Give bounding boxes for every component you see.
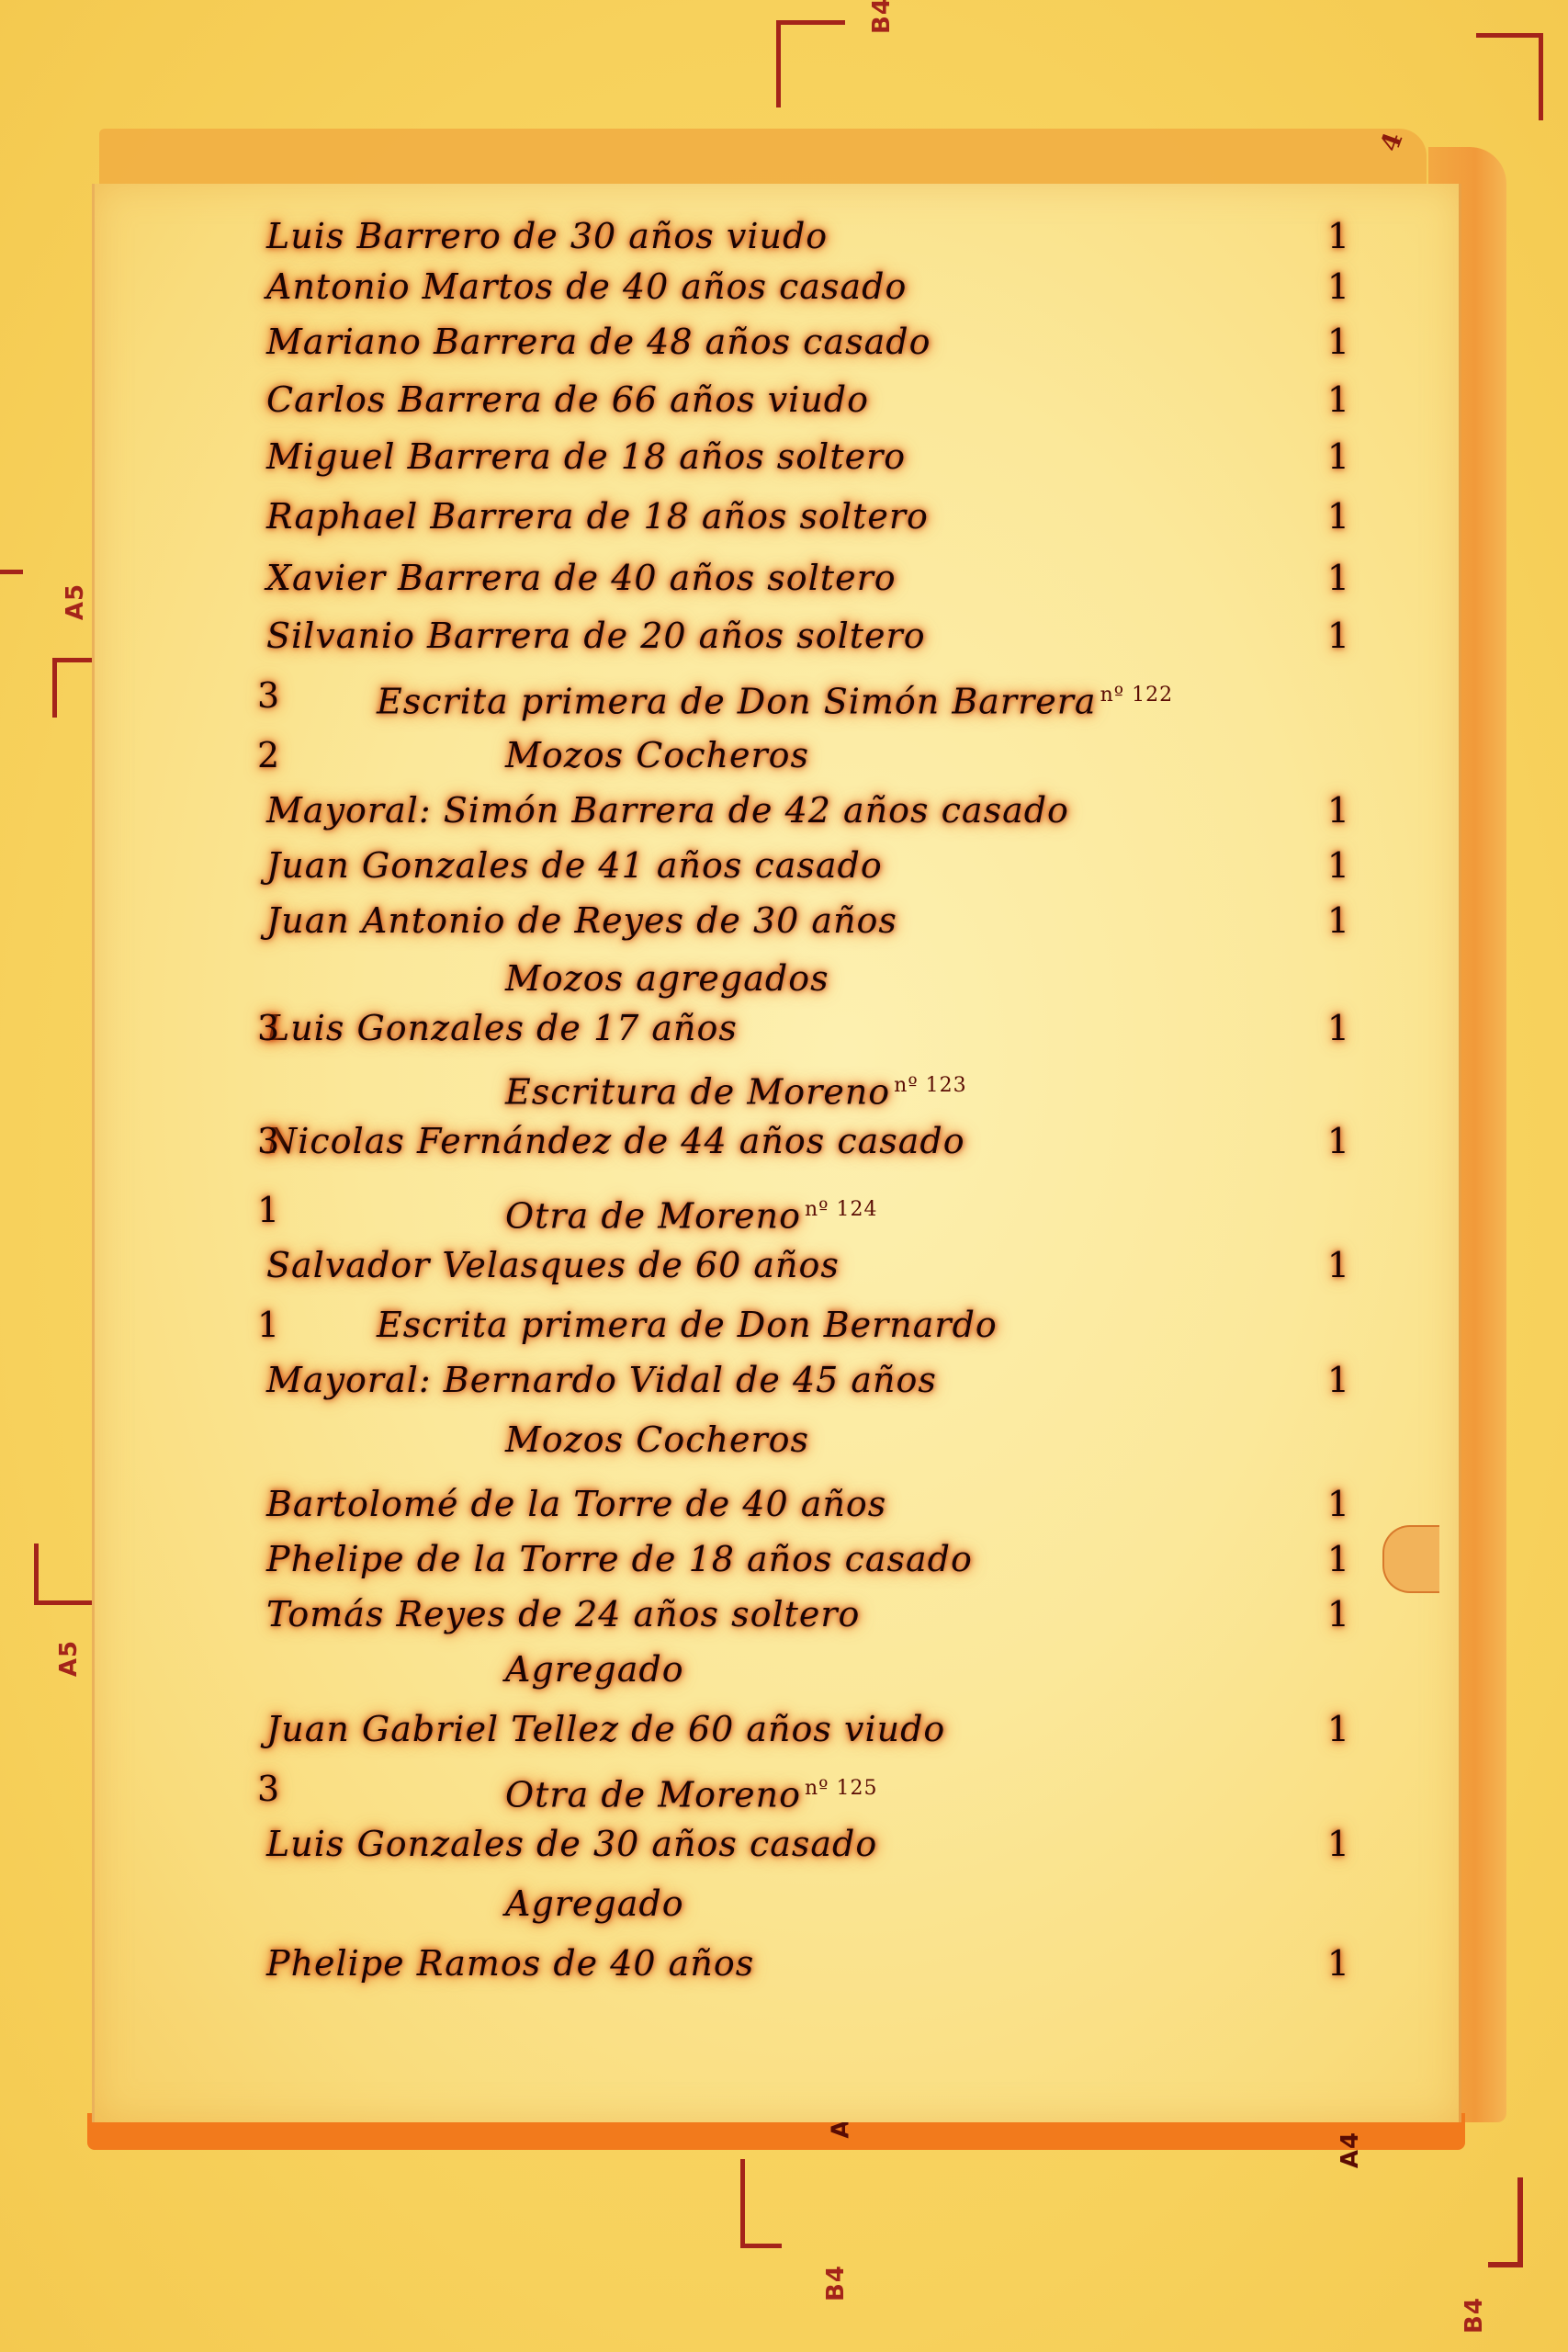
entry-text: Escrita primera de Don Bernardo — [266, 1300, 998, 1350]
register-entry: Phelipe de la Torre de 18 años casado1 — [266, 1534, 1350, 1584]
frame-label-left-a5-upper: A5 — [62, 583, 89, 620]
entry-text: Tomás Reyes de 24 años soltero — [266, 1589, 860, 1639]
entry-text-content: Mozos agregados — [505, 958, 829, 999]
crop-mark-top-left — [776, 20, 845, 107]
entry-text: Otra de Morenonº 125 — [266, 1764, 878, 1820]
entry-text: Silvanio Barrera de 20 años soltero — [266, 611, 926, 661]
entry-text: Agregado — [266, 1645, 684, 1694]
entry-text: Mozos Cocheros — [266, 1415, 809, 1464]
entry-text: Xavier Barrera de 40 años soltero — [266, 553, 897, 603]
tally-count: 1 — [1327, 375, 1350, 424]
tally-count: 1 — [1327, 1355, 1350, 1405]
section-heading: Escritura de Morenonº 123 — [266, 1061, 1350, 1111]
register-entry: Juan Gonzales de 41 años casado1 — [266, 841, 1350, 890]
entry-text: Juan Antonio de Reyes de 30 años — [266, 896, 897, 945]
entry-text-content: Mozos Cocheros — [505, 735, 809, 775]
register-entry: Tomás Reyes de 24 años soltero1 — [266, 1589, 1350, 1639]
entry-text: Mariano Barrera de 48 años casado — [266, 317, 931, 367]
tally-count: 1 — [1327, 841, 1350, 890]
entry-text-content: Phelipe de la Torre de 18 años casado — [266, 1539, 973, 1579]
entry-text-content: Luis Gonzales de 30 años casado — [266, 1824, 877, 1864]
entry-text-content: Juan Gonzales de 41 años casado — [266, 845, 883, 886]
entry-text-content: Otra de Moreno — [505, 1196, 801, 1237]
entry-text: Mayoral: Bernardo Vidal de 45 años — [266, 1355, 937, 1405]
entry-text-content: Agregado — [505, 1883, 684, 1924]
margin-tally: 2 — [257, 730, 280, 780]
entry-text-content: Silvanio Barrera de 20 años soltero — [266, 616, 926, 656]
crop-mark-top-right — [1476, 33, 1543, 120]
frame-label-left-a5-lower: A5 — [55, 1640, 83, 1677]
crop-mark-left-tick — [0, 570, 23, 574]
entry-text-content: Mayoral: Bernardo Vidal de 45 años — [266, 1360, 937, 1400]
page-torn-fold — [1382, 1525, 1439, 1593]
entry-text-content: Carlos Barrera de 66 años viudo — [266, 379, 869, 420]
register-entry: Carlos Barrera de 66 años viudo1 — [266, 375, 1350, 424]
register-entry: Phelipe Ramos de 40 años1 — [266, 1939, 1350, 1988]
tally-count: 1 — [1327, 492, 1350, 541]
tally-count: 1 — [1327, 1589, 1350, 1639]
frame-label-bottom-b4-right: B4 — [1461, 2297, 1488, 2334]
entry-text: Bartolomé de la Torre de 40 años — [266, 1479, 886, 1529]
tally-count: 1 — [1327, 896, 1350, 945]
tally-count: 1 — [1327, 1534, 1350, 1584]
entry-text: Antonio Martos de 40 años casado — [266, 262, 907, 311]
register-entry: Juan Antonio de Reyes de 30 años1 — [266, 896, 1350, 945]
tally-count: 1 — [1327, 1704, 1350, 1754]
register-entry: Mayoral: Bernardo Vidal de 45 años1 — [266, 1355, 1350, 1405]
section-heading: 3Otra de Morenonº 125 — [266, 1764, 1350, 1814]
entry-text: Salvador Velasques de 60 años — [266, 1240, 840, 1290]
entry-text: Nicolas Fernández de 44 años casado — [266, 1116, 965, 1166]
entry-text: Mayoral: Simón Barrera de 42 años casado — [266, 786, 1069, 835]
tally-count: 1 — [1327, 1819, 1350, 1869]
archive-number-annotation: nº 122 — [1100, 684, 1174, 707]
entry-text-content: Raphael Barrera de 18 años soltero — [266, 496, 929, 537]
entry-text-content: Mariano Barrera de 48 años casado — [266, 322, 931, 362]
tally-count: 1 — [1327, 786, 1350, 835]
tally-count: 1 — [1327, 1240, 1350, 1290]
tally-count: 1 — [1327, 1479, 1350, 1529]
entry-text: Raphael Barrera de 18 años soltero — [266, 492, 929, 541]
tally-count: 1 — [1327, 1003, 1350, 1053]
section-heading: Mozos agregados — [266, 954, 1350, 1003]
entry-text-content: Antonio Martos de 40 años casado — [266, 266, 907, 307]
entry-text-content: Xavier Barrera de 40 años soltero — [266, 558, 897, 598]
entry-text: Phelipe Ramos de 40 años — [266, 1939, 754, 1988]
entry-text: Miguel Barrera de 18 años soltero — [266, 432, 906, 481]
margin-tally: 3 — [257, 1764, 280, 1814]
entry-text-content: Salvador Velasques de 60 años — [266, 1245, 840, 1285]
register-entry: Juan Gabriel Tellez de 60 años viudo1 — [266, 1704, 1350, 1754]
entry-text: Phelipe de la Torre de 18 años casado — [266, 1534, 973, 1584]
entry-text: Agregado — [266, 1879, 684, 1928]
register-entry: Xavier Barrera de 40 años soltero1 — [266, 553, 1350, 603]
entry-text: Juan Gonzales de 41 años casado — [266, 841, 883, 890]
section-heading: 2Mozos Cocheros — [266, 730, 1350, 780]
tally-count: 1 — [1327, 262, 1350, 311]
entry-text: Juan Gabriel Tellez de 60 años viudo — [266, 1704, 945, 1754]
entry-text-content: Juan Antonio de Reyes de 30 años — [266, 900, 897, 941]
register-entry: Antonio Martos de 40 años casado1 — [266, 262, 1350, 311]
section-heading: Agregado — [266, 1879, 1350, 1928]
margin-tally: 1 — [257, 1300, 280, 1350]
archive-number-annotation: nº 125 — [805, 1777, 878, 1800]
entry-text-content: Escrita primera de Don Bernardo — [377, 1305, 998, 1345]
register-entry: Salvador Velasques de 60 años1 — [266, 1240, 1350, 1290]
tally-count: 1 — [1327, 1116, 1350, 1166]
entry-text-content: Luis Barrero de 30 años viudo — [266, 216, 828, 256]
archive-number-annotation: nº 124 — [805, 1198, 878, 1221]
tally-count: 1 — [1327, 553, 1350, 603]
entry-text-content: Otra de Moreno — [505, 1775, 801, 1815]
archive-number-annotation: nº 123 — [894, 1074, 967, 1097]
entry-text: Escrita primera de Don Simón Barreranº 1… — [266, 671, 1173, 727]
frame-label-bottom-edge-a4: A4 — [1337, 2131, 1364, 2168]
register-entry: Raphael Barrera de 18 años soltero1 — [266, 492, 1350, 541]
section-heading: 1Escrita primera de Don Bernardo — [266, 1300, 1350, 1350]
entry-text-content: Mozos Cocheros — [505, 1419, 809, 1460]
crop-mark-bottom-right — [1488, 2177, 1523, 2267]
entry-text: Luis Barrero de 30 años viudo — [266, 211, 828, 261]
crop-mark-bottom-left — [740, 2159, 782, 2248]
section-heading: Agregado — [266, 1645, 1350, 1694]
entry-text: Otra de Morenonº 124 — [266, 1185, 878, 1241]
frame-label-bottom-b4-left: B4 — [822, 2265, 850, 2301]
entry-text: Escritura de Morenonº 123 — [266, 1061, 967, 1117]
entry-text: Luis Gonzales de 17 años — [266, 1003, 738, 1053]
section-heading: Mozos Cocheros — [266, 1415, 1350, 1464]
tally-count: 1 — [1327, 611, 1350, 661]
section-heading: 1Otra de Morenonº 124 — [266, 1185, 1350, 1235]
entry-text-content: Mayoral: Simón Barrera de 42 años casado — [266, 790, 1069, 831]
margin-tally: 3 — [257, 1003, 280, 1053]
register-entry: Bartolomé de la Torre de 40 años1 — [266, 1479, 1350, 1529]
entry-text: Mozos agregados — [266, 954, 829, 1003]
register-entry: Mariano Barrera de 48 años casado1 — [266, 317, 1350, 367]
tally-count: 1 — [1327, 432, 1350, 481]
tally-count: 1 — [1327, 211, 1350, 261]
register-entry: Luis Gonzales de 30 años casado1 — [266, 1819, 1350, 1869]
register-entry: Miguel Barrera de 18 años soltero1 — [266, 432, 1350, 481]
entry-text-content: Phelipe Ramos de 40 años — [266, 1943, 754, 1984]
entry-text-content: Escrita primera de Don Simón Barrera — [377, 682, 1097, 722]
entry-text-content: Nicolas Fernández de 44 años casado — [266, 1121, 965, 1161]
entry-text-content: Escritura de Moreno — [505, 1072, 890, 1113]
entry-text-content: Juan Gabriel Tellez de 60 años viudo — [266, 1709, 945, 1749]
entry-text: Carlos Barrera de 66 años viudo — [266, 375, 869, 424]
register-entry: 3Luis Gonzales de 17 años1 — [266, 1003, 1350, 1053]
register-entry: 3Nicolas Fernández de 44 años casado1 — [266, 1116, 1350, 1166]
tally-count: 1 — [1327, 1939, 1350, 1988]
entry-text-content: Miguel Barrera de 18 años soltero — [266, 436, 906, 477]
entry-text-content: Luis Gonzales de 17 años — [266, 1008, 738, 1048]
entry-text: Mozos Cocheros — [266, 730, 809, 780]
register-entry: Mayoral: Simón Barrera de 42 años casado… — [266, 786, 1350, 835]
entry-text: Luis Gonzales de 30 años casado — [266, 1819, 877, 1869]
margin-tally: 3 — [257, 671, 280, 720]
margin-tally: 1 — [257, 1185, 280, 1235]
register-entry: Luis Barrero de 30 años viudo1 — [266, 211, 1350, 261]
register-entry: Silvanio Barrera de 20 años soltero1 — [266, 611, 1350, 661]
entry-text-content: Bartolomé de la Torre de 40 años — [266, 1484, 886, 1524]
entry-text-content: Agregado — [505, 1649, 684, 1690]
tally-count: 1 — [1327, 317, 1350, 367]
entry-text-content: Tomás Reyes de 24 años soltero — [266, 1594, 860, 1634]
frame-label-top-b4: B4 — [868, 0, 896, 34]
section-heading: 3Escrita primera de Don Simón Barreranº … — [266, 671, 1350, 720]
margin-tally: 3 — [257, 1116, 280, 1166]
